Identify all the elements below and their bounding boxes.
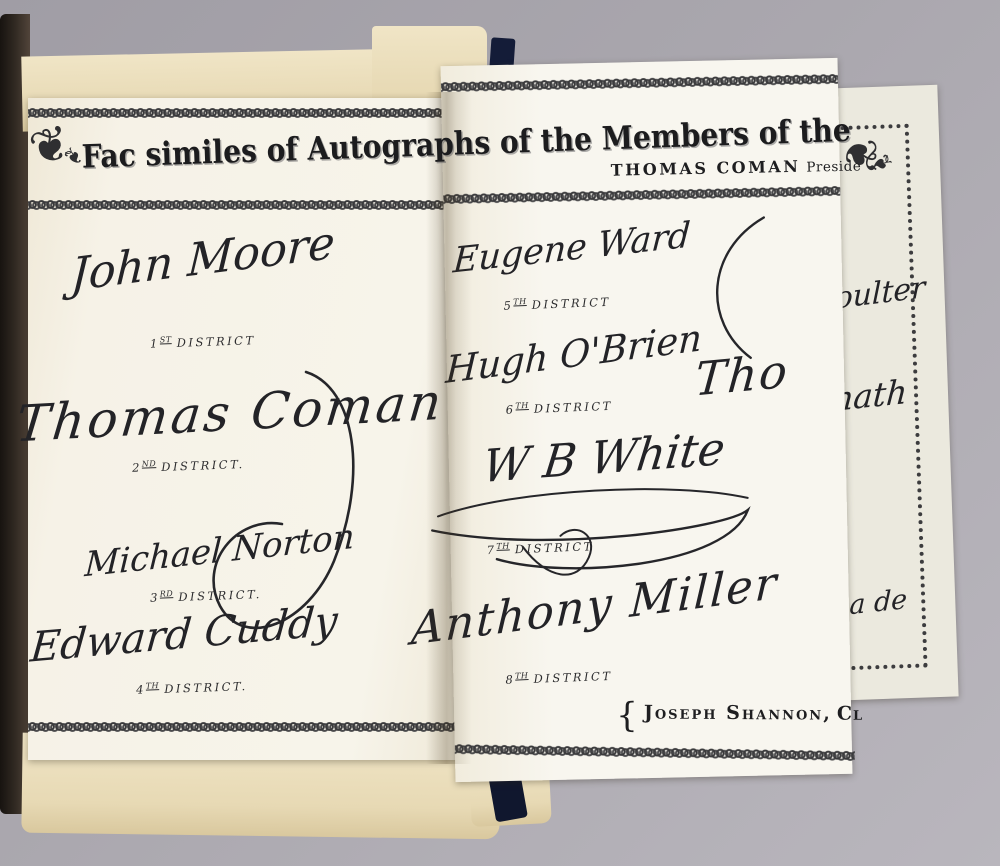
signature-name: Eugene Ward [452,218,691,279]
district-number: 2 [132,460,142,474]
district-number: 3 [150,590,160,604]
book-photo: ❦ ❧ oulter math a de ❦ ❧ John Moore 1stD… [0,0,1000,866]
district-ordinal-suffix: nd [142,459,157,468]
chain-border-bottom [28,720,458,733]
district-label: 8thDistrict [505,668,613,687]
chain-border-under-title [443,184,840,205]
district-ordinal-suffix: st [160,335,172,344]
district-label: 5thDistrict [503,294,611,313]
district-ordinal-suffix: rd [160,589,174,598]
district-word: District [176,333,255,350]
district-word: District [531,295,610,312]
brace-glyph: { [616,695,638,735]
chain-border-bottom [455,742,855,762]
district-ordinal-suffix: th [515,671,529,681]
clerk-line: {Joseph Shannon, Cl [616,695,863,736]
district-label: 1stDistrict [150,332,256,351]
chain-border-top [28,106,458,119]
district-ordinal-suffix: th [515,401,529,411]
district-word: District. [164,679,248,696]
district-word: District [533,669,612,686]
district-label: 4thDistrict. [136,678,248,697]
signature-name: Hugh O'Brien [445,319,703,389]
chain-border-top [441,72,838,93]
clerk-title: Cl [837,703,863,725]
district-word: District [534,399,613,416]
district-number: 8 [505,672,515,686]
district-number: 5 [503,298,513,312]
partial-signature: Tho [693,347,791,402]
signature-name: Edward Cuddy [29,600,339,668]
district-number: 6 [506,402,516,416]
district-label: 6thDistrict [505,398,613,417]
clerk-name: Joseph Shannon, [644,702,832,725]
signature-name: John Moore [70,219,336,297]
district-ordinal-suffix: th [496,541,510,551]
district-ordinal-suffix: th [513,297,527,307]
district-ordinal-suffix: th [146,681,160,690]
district-number: 7 [486,543,496,557]
district-word: District. [161,457,245,474]
partial-signature: a de [849,586,908,619]
district-number: 1 [150,336,160,350]
district-word: District. [178,587,262,604]
district-number: 4 [136,682,146,696]
